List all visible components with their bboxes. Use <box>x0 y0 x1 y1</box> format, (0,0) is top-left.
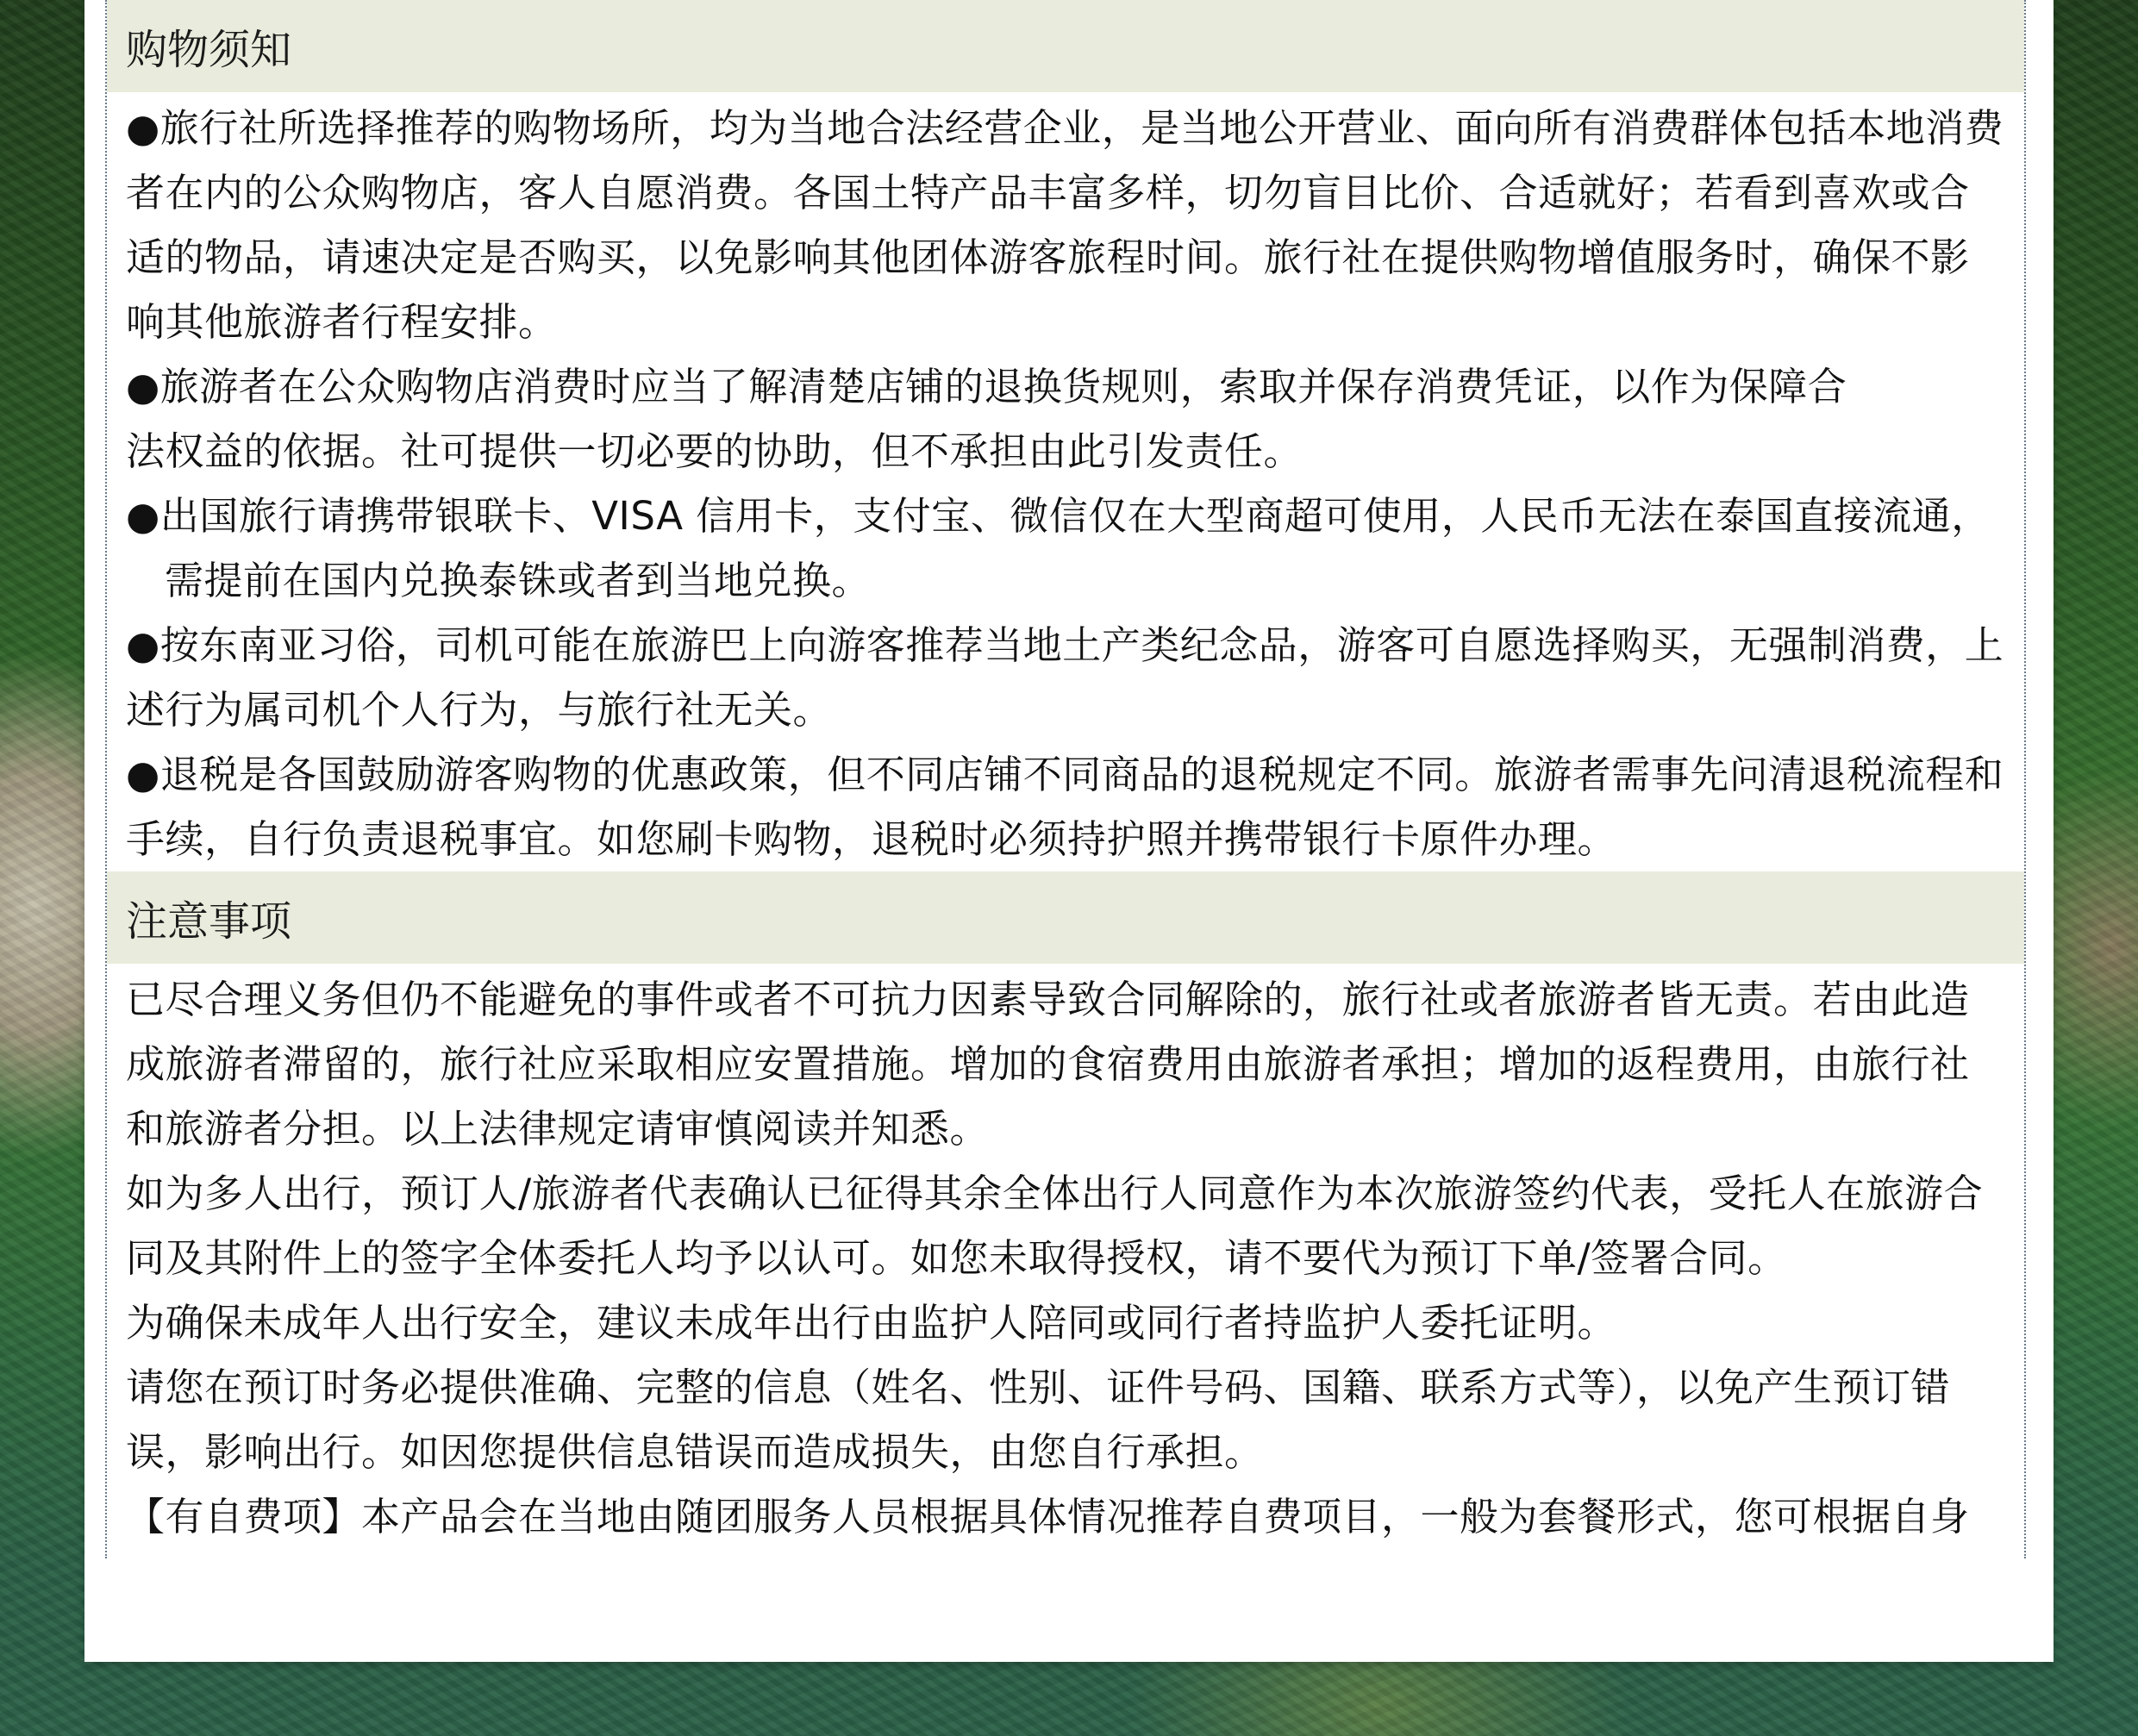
shopping-paragraph: ●旅游者在公众购物店消费时应当了解清楚店铺的退换货规则，索取并保存消费凭证，以作… <box>126 354 2005 419</box>
notes-paragraph: 请您在预订时务必提供准确、完整的信息（姓名、性别、证件号码、国籍、联系方式等），… <box>126 1355 2005 1484</box>
section-title-notes: 注意事项 <box>126 888 291 947</box>
notes-paragraph: 为确保未成年人出行安全，建议未成年出行由监护人陪同或同行者持监护人委托证明。 <box>126 1290 2005 1355</box>
shopping-paragraph: 法权益的依据。社可提供一切必要的协助，但不承担由此引发责任。 <box>126 419 2005 484</box>
shopping-paragraph: ●出国旅行请携带银联卡、VISA 信用卡，支付宝、微信仅在大型商超可使用，人民币… <box>126 484 2005 548</box>
section-body-shopping: ●旅行社所选择推荐的购物场所，均为当地合法经营企业，是当地公开营业、面向所有消费… <box>107 92 2024 871</box>
section-title-shopping: 购物须知 <box>126 16 291 76</box>
shopping-paragraph: ●旅行社所选择推荐的购物场所，均为当地合法经营企业，是当地公开营业、面向所有消费… <box>126 92 2005 354</box>
notice-content: 购物须知 ●旅行社所选择推荐的购物场所，均为当地合法经营企业，是当地公开营业、面… <box>105 0 2026 1558</box>
notes-paragraph: 【有自费项】本产品会在当地由随团服务人员根据具体情况推荐自费项目，一般为套餐形式… <box>126 1484 2005 1558</box>
notes-paragraph: 已尽合理义务但仍不能避免的事件或者不可抗力因素导致合同解除的，旅行社或者旅游者皆… <box>126 964 2005 1161</box>
section-body-notes: 已尽合理义务但仍不能避免的事件或者不可抗力因素导致合同解除的，旅行社或者旅游者皆… <box>107 964 2024 1558</box>
section-header-shopping: 购物须知 <box>107 0 2024 92</box>
shopping-paragraph: ●退税是各国鼓励游客购物的优惠政策，但不同店铺不同商品的退税规定不同。旅游者需事… <box>126 742 2005 871</box>
shopping-paragraph: ●按东南亚习俗，司机可能在旅游巴上向游客推荐当地土产类纪念品，游客可自愿选择购买… <box>126 613 2005 742</box>
section-header-notes: 注意事项 <box>107 871 2024 964</box>
notes-paragraph: 如为多人出行，预订人/旅游者代表确认已征得其余全体出行人同意作为本次旅游签约代表… <box>126 1161 2005 1290</box>
content-panel: 购物须知 ●旅行社所选择推荐的购物场所，均为当地合法经营企业，是当地公开营业、面… <box>84 0 2054 1662</box>
shopping-paragraph: 需提前在国内兑换泰铢或者到当地兑换。 <box>126 548 2005 613</box>
